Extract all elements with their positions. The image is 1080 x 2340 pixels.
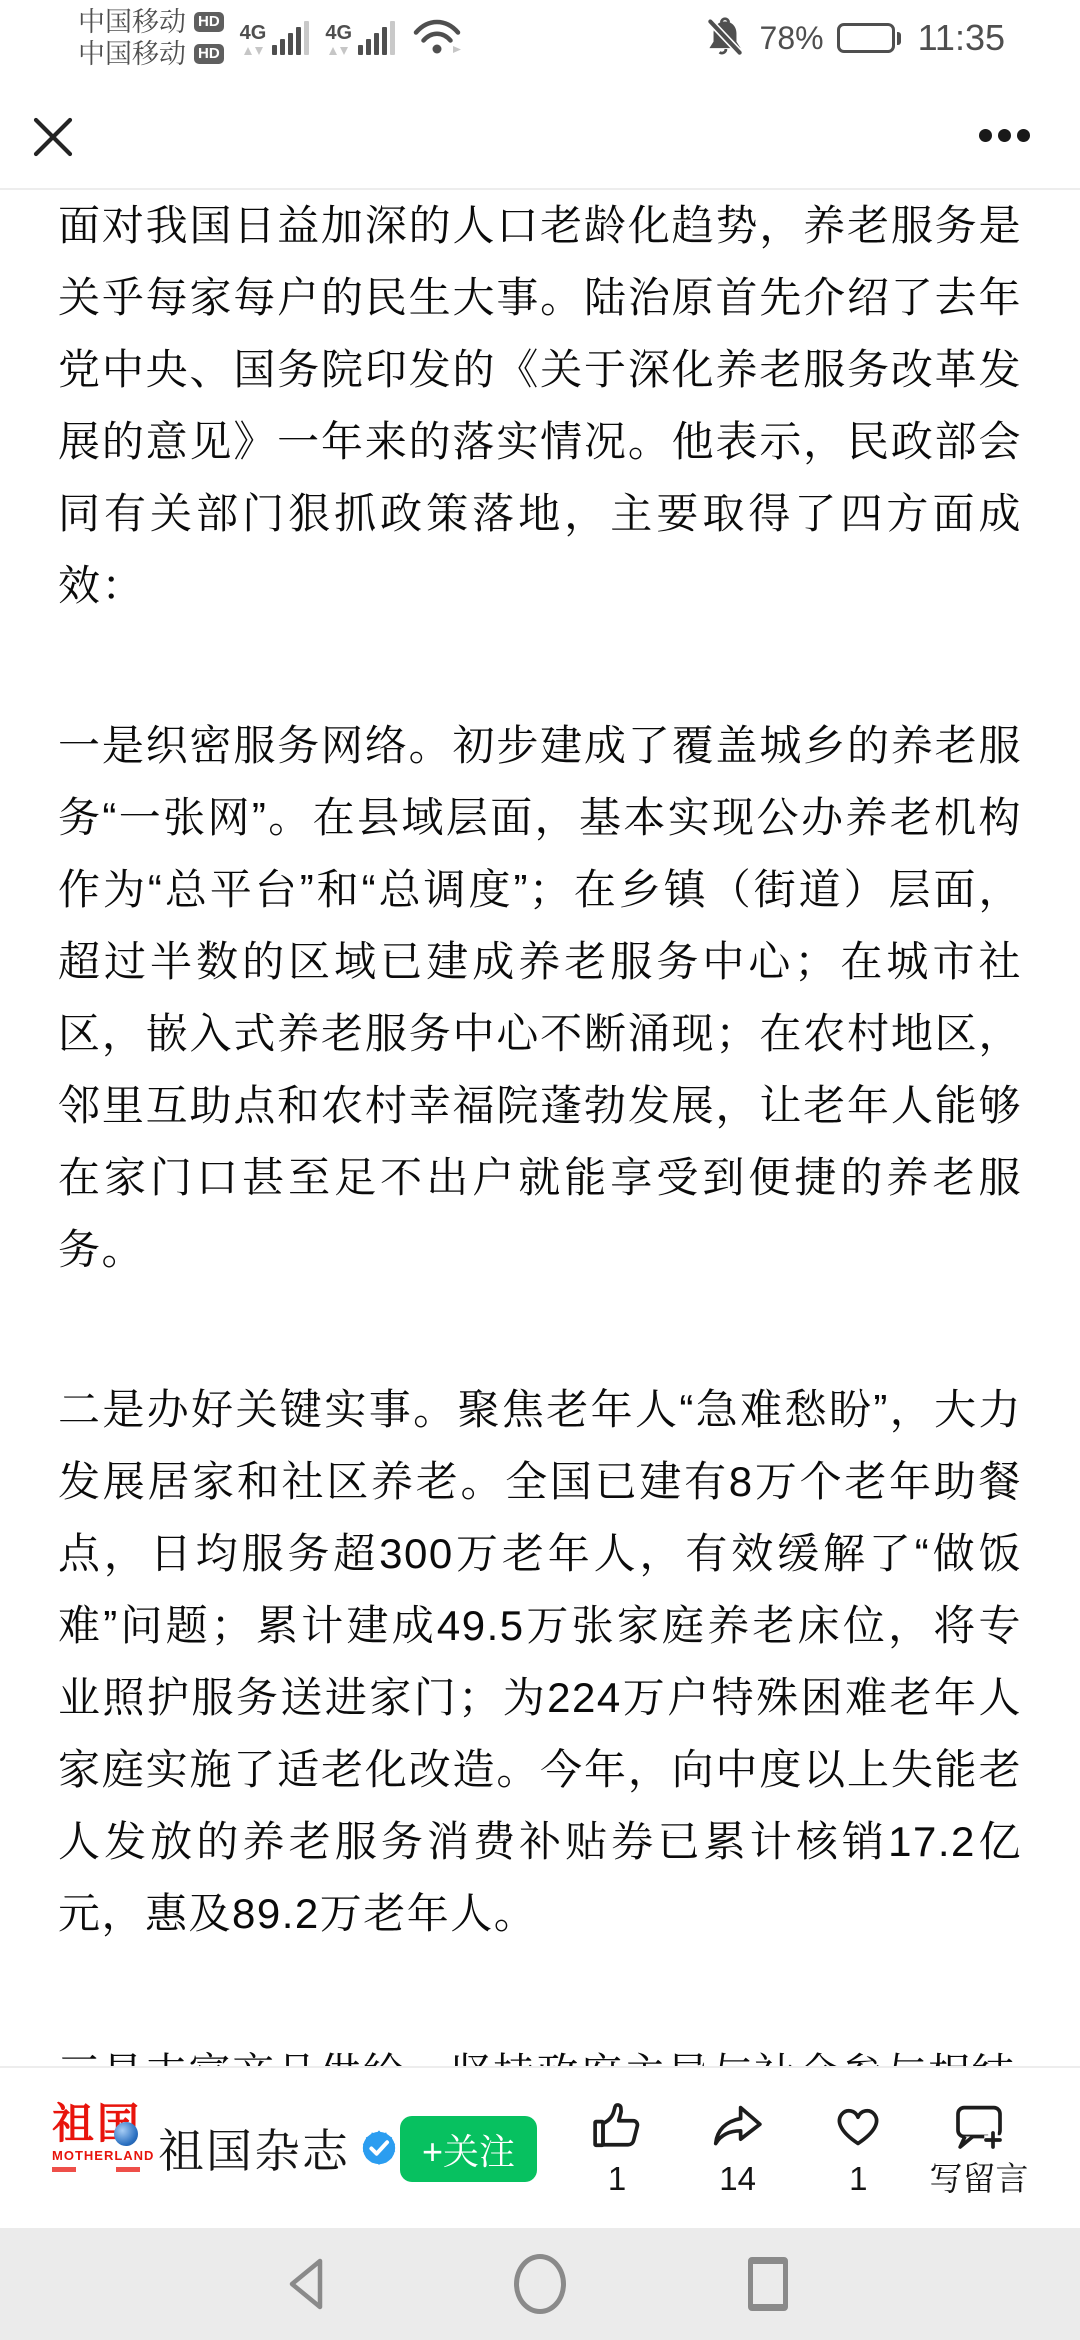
verified-badge-icon	[360, 2129, 398, 2167]
publisher-name: 祖国杂志	[158, 2115, 350, 2181]
signal-bars-icon-2: 4G	[325, 21, 395, 55]
like-count: 1	[608, 2160, 626, 2198]
close-icon	[30, 114, 76, 160]
favorite-count: 1	[849, 2160, 867, 2198]
more-options-button[interactable]	[979, 129, 1030, 142]
close-button[interactable]	[30, 114, 76, 160]
status-left-group: 中国移动 HD 中国移动 HD 4G 4G	[78, 7, 463, 69]
share-count: 14	[719, 2160, 756, 2198]
status-bar: 中国移动 HD 中国移动 HD 4G 4G	[0, 0, 1080, 74]
carrier-labels: 中国移动 HD 中国移动 HD	[78, 7, 224, 69]
comment-label: 写留言	[929, 2160, 1028, 2198]
article-paragraph: 面对我国日益加深的人口老龄化趋势，养老服务是关乎每家每户的民生大事。陆治原首先介…	[58, 190, 1022, 622]
data-activity-arrows-icon	[244, 47, 263, 55]
nav-back-button[interactable]	[282, 2256, 330, 2315]
logo-tagline	[52, 2167, 140, 2172]
network-type-label-1: 4G	[240, 23, 267, 43]
comment-button[interactable]: 写留言	[920, 2098, 1038, 2198]
article-actions: 1 14 1 写留言	[558, 2068, 1038, 2228]
clock: 11:35	[918, 17, 1005, 59]
article-paragraph: 三是丰富产品供给。坚持政府主导与社会参与相结	[58, 2038, 1022, 2066]
like-button[interactable]: 1	[558, 2098, 676, 2198]
share-button[interactable]: 14	[679, 2098, 797, 2198]
ringer-muted-icon	[703, 16, 747, 60]
hd-voice-badge: HD	[194, 44, 224, 64]
carrier-name-2: 中国移动	[78, 39, 186, 69]
hd-voice-badge: HD	[194, 12, 224, 32]
globe-icon	[114, 2122, 138, 2146]
nav-recents-button[interactable]	[748, 2257, 788, 2311]
comment-plus-icon	[951, 2098, 1007, 2154]
back-triangle-icon	[282, 2256, 330, 2312]
forward-arrow-icon	[710, 2098, 766, 2154]
article-paragraph: 一是织密服务网络。初步建成了覆盖城乡的养老服务“一张网”。在县域层面，基本实现公…	[58, 710, 1022, 1286]
network-type-label-2: 4G	[325, 23, 352, 43]
article-body: 面对我国日益加深的人口老龄化趋势，养老服务是关乎每家每户的民生大事。陆治原首先介…	[0, 188, 1080, 2066]
signal-bars-icon-1: 4G	[240, 21, 310, 55]
system-nav-bar	[0, 2228, 1080, 2340]
publisher-logo[interactable]: 祖国 MOTHERLAND	[52, 2102, 148, 2206]
wifi-icon	[411, 17, 463, 59]
status-right-group: 78% 11:35	[703, 16, 1005, 60]
logo-en-text: MOTHERLAND	[52, 2148, 148, 2163]
nav-home-button[interactable]	[514, 2254, 566, 2314]
data-activity-arrows-icon	[329, 47, 348, 55]
battery-percent: 78%	[760, 20, 824, 57]
publisher-name-row[interactable]: 祖国杂志	[158, 2068, 398, 2228]
favorite-button[interactable]: 1	[799, 2098, 917, 2198]
follow-button[interactable]: +关注	[400, 2116, 537, 2182]
heart-icon	[830, 2098, 886, 2154]
more-options-icon	[979, 129, 992, 142]
publisher-bar: 祖国 MOTHERLAND 祖国杂志 +关注 1 14	[0, 2066, 1080, 2228]
article-paragraph: 二是办好关键实事。聚焦老年人“急难愁盼”，大力发展居家和社区养老。全国已建有8万…	[58, 1374, 1022, 1950]
thumbs-up-icon	[589, 2098, 645, 2154]
carrier-name-1: 中国移动	[78, 7, 186, 37]
app-header	[0, 74, 1080, 188]
battery-icon	[837, 23, 901, 53]
